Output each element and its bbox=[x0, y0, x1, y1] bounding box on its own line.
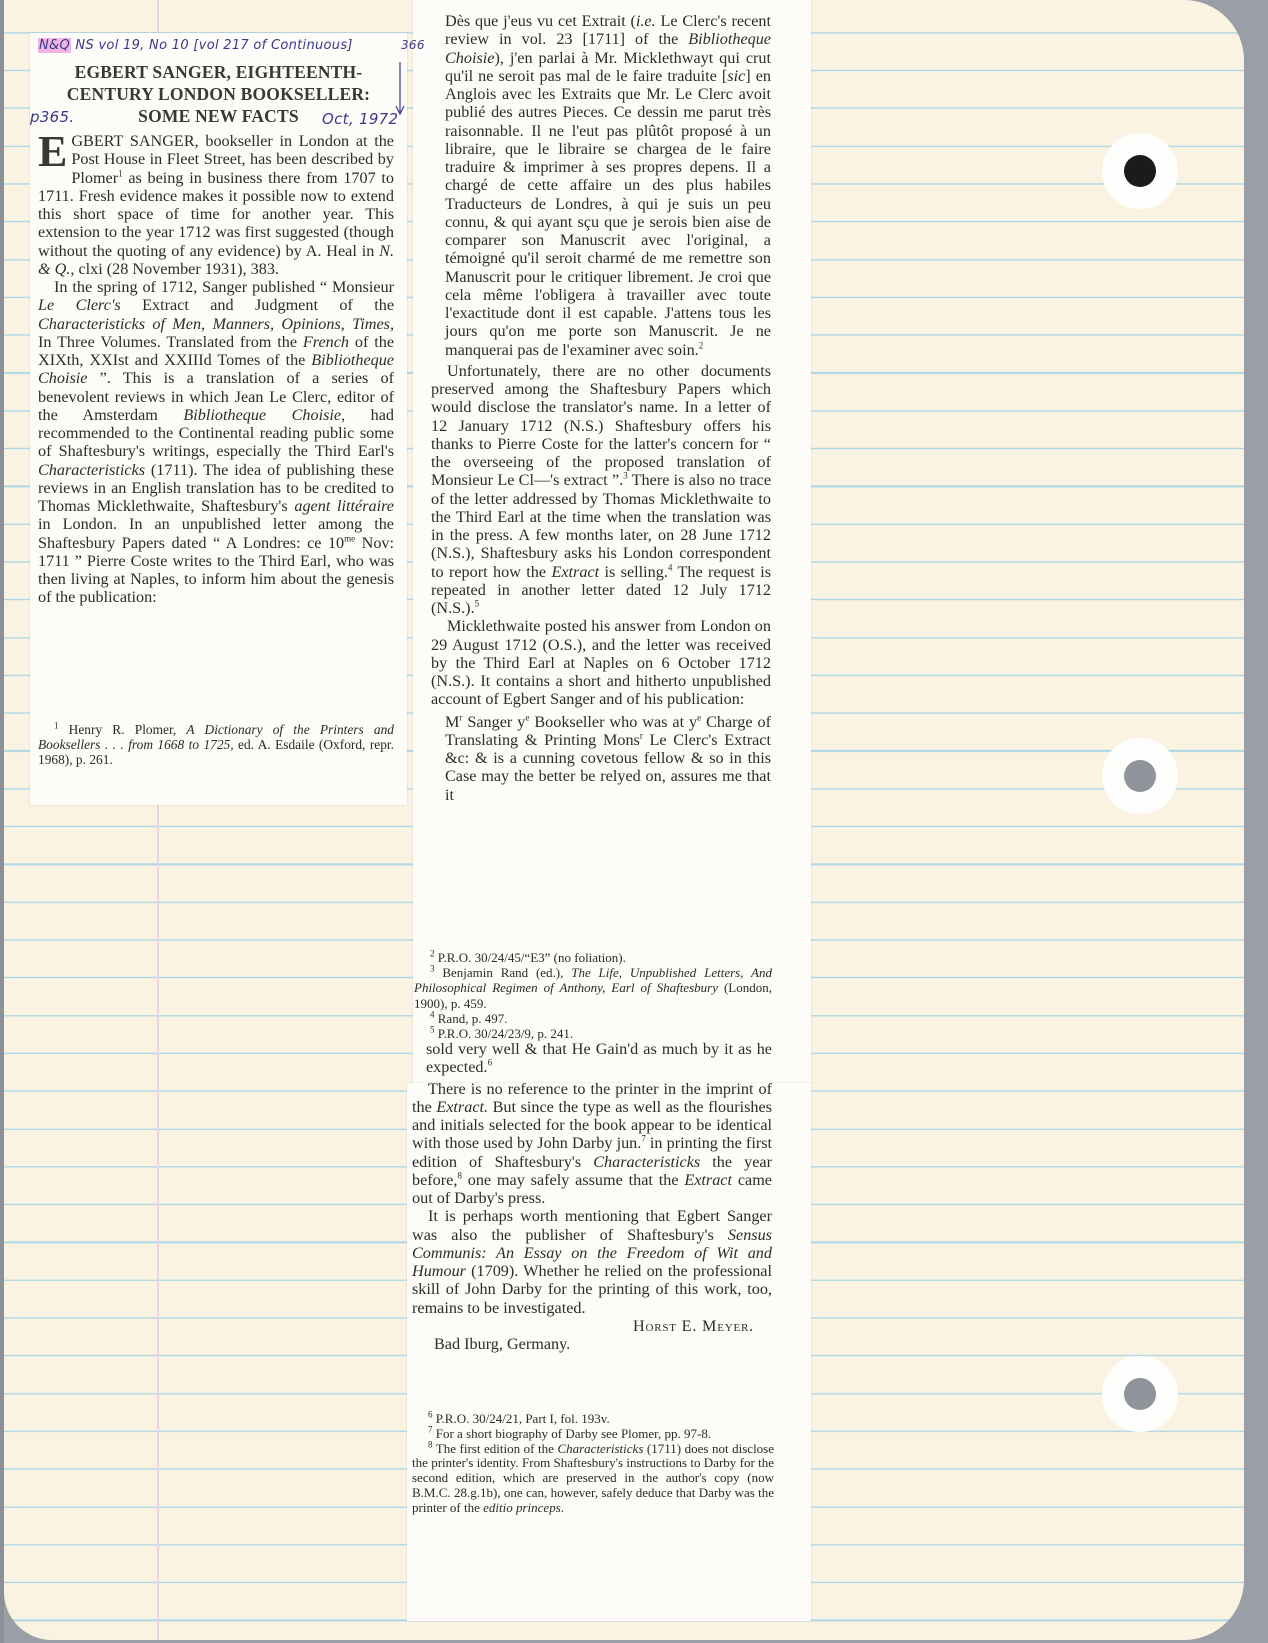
footnote-2: 2 P.R.O. 30/24/45/“E3” (no foliation). bbox=[414, 950, 772, 965]
footnotes-6-8: 6 P.R.O. 30/24/21, Part I, fol. 193v. 7 … bbox=[412, 1412, 774, 1516]
binder-hole-bottom bbox=[1102, 1356, 1178, 1432]
block-quote-micklethwaite: Mr Sanger ye Bookseller who was at ye Ch… bbox=[431, 713, 771, 804]
footnote-3: 3 Benjamin Rand (ed.), The Life, Unpubli… bbox=[414, 965, 772, 1011]
handwritten-citation: N&Q NS vol 19, No 10 [vol 217 of Continu… bbox=[38, 38, 353, 53]
footnote-4: 4 Rand, p. 497. bbox=[414, 1011, 772, 1026]
article-column-b: Dès que j'eus vu cet Extrait (i.e. Le Cl… bbox=[431, 12, 771, 804]
footnotes-2-5: 2 P.R.O. 30/24/45/“E3” (no foliation). 3… bbox=[414, 950, 772, 1041]
footnote-8: 8 The first edition of the Characteristi… bbox=[412, 1442, 774, 1516]
binder-hole-middle bbox=[1102, 738, 1178, 814]
paragraph-printer: There is no reference to the printer in … bbox=[412, 1080, 772, 1208]
author-location: Bad Iburg, Germany. bbox=[412, 1335, 772, 1353]
binder-hole-top bbox=[1102, 133, 1178, 209]
article-column-c: sold very well & that He Gain'd as much … bbox=[412, 1040, 772, 1353]
footnote-1: 1 Henry R. Plomer, A Dictionary of the P… bbox=[38, 722, 394, 767]
paragraph-micklethwaite: Micklethwaite posted his answer from Lon… bbox=[431, 617, 771, 708]
article-column-a: EGBERT SANGER, bookseller in London at t… bbox=[38, 132, 394, 607]
article-title-line-1: EGBERT SANGER, EIGHTEENTH- bbox=[30, 62, 407, 83]
paragraph-unfortunately: Unfortunately, there are no other docume… bbox=[431, 362, 771, 618]
article-title-line-3: SOME NEW FACTS bbox=[30, 106, 407, 127]
handwritten-page-number-2: 366 bbox=[401, 38, 425, 52]
drop-cap: E bbox=[38, 134, 67, 170]
footnote-7: 7 For a short biography of Darby see Plo… bbox=[412, 1427, 774, 1442]
article-title-line-2: CENTURY LONDON BOOKSELLER: bbox=[30, 84, 407, 105]
block-quote-coste: Dès que j'eus vu cet Extrait (i.e. Le Cl… bbox=[431, 12, 771, 359]
block-quote-continued: sold very well & that He Gain'd as much … bbox=[412, 1040, 772, 1077]
footnote-5: 5 P.R.O. 30/24/23/9, p. 241. bbox=[414, 1026, 772, 1041]
paragraph-spring-1712: In the spring of 1712, Sanger published … bbox=[38, 278, 394, 607]
author-signature: Horst E. Meyer. bbox=[412, 1317, 772, 1335]
paragraph-sensus-communis: It is perhaps worth mentioning that Egbe… bbox=[412, 1207, 772, 1317]
footnote-6: 6 P.R.O. 30/24/21, Part I, fol. 193v. bbox=[412, 1412, 774, 1427]
paragraph-intro: EGBERT SANGER, bookseller in London at t… bbox=[38, 132, 394, 278]
